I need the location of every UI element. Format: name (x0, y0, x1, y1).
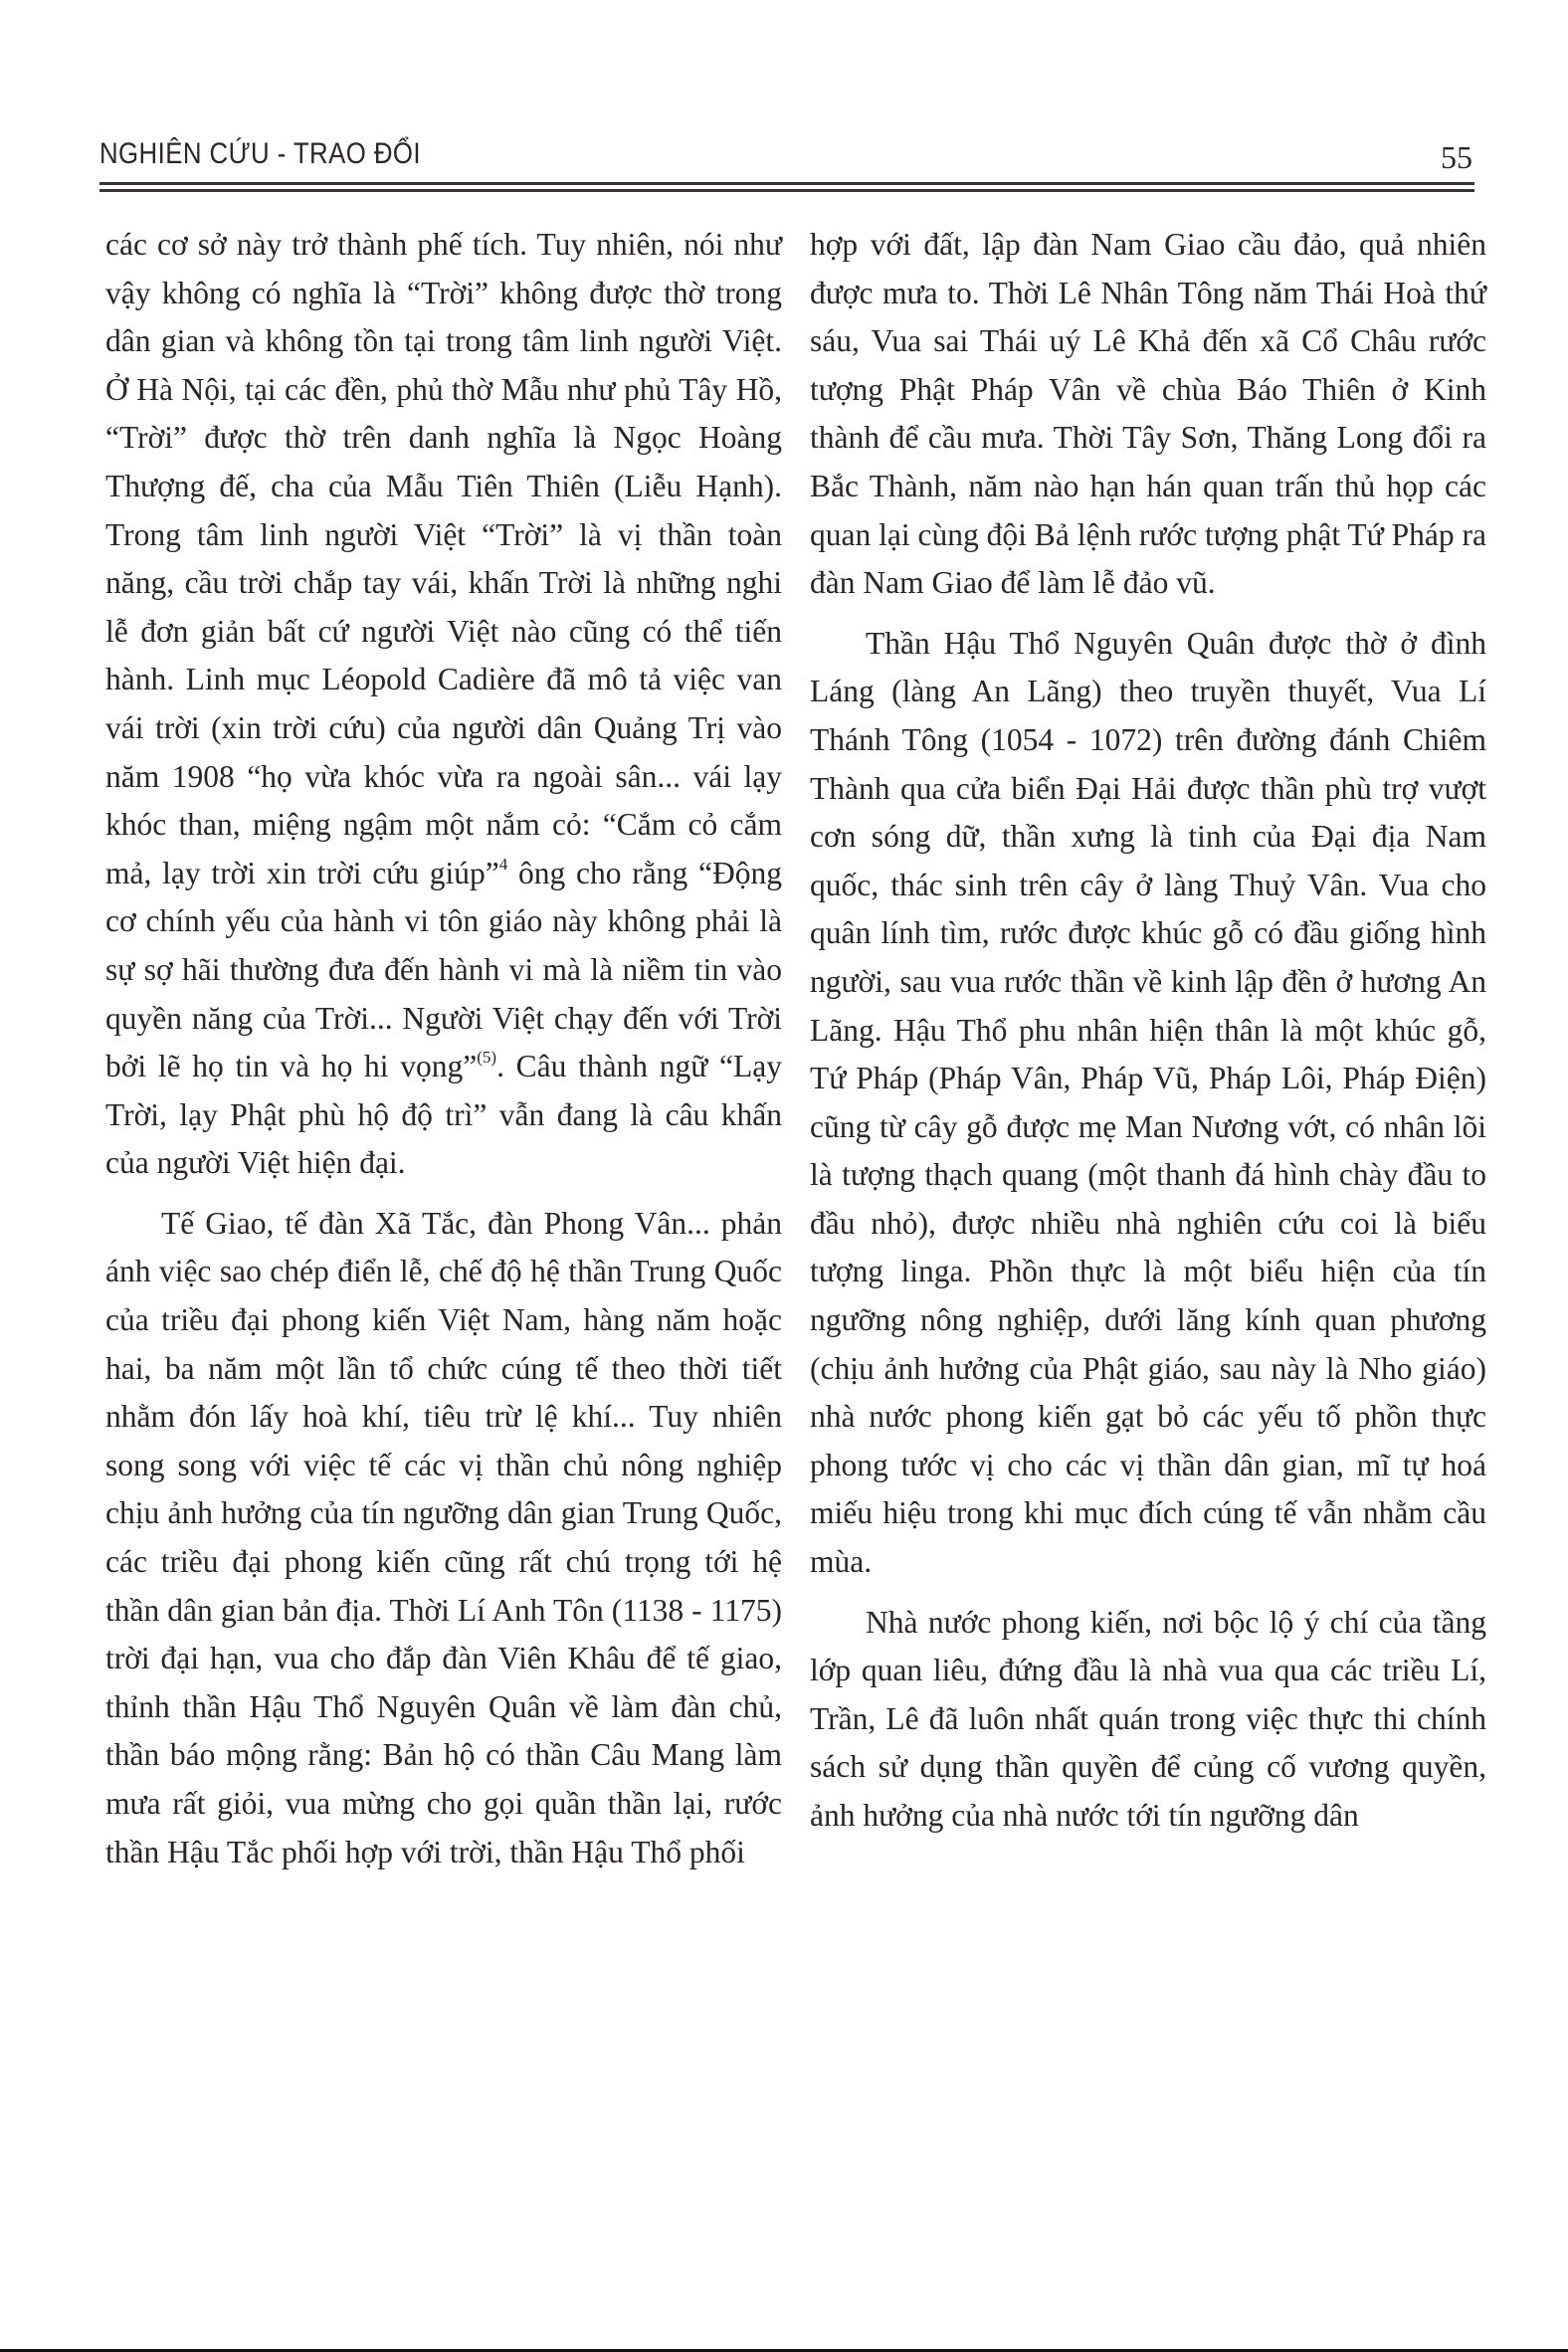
paragraph: Nhà nước phong kiến, nơi bộc lộ ý chí củ… (810, 1599, 1486, 1841)
footnote-ref: (5) (477, 1048, 496, 1067)
paragraph: các cơ sở này trở thành phế tích. Tuy nh… (105, 221, 782, 1188)
footnote-ref: 4 (499, 855, 508, 874)
paragraph: hợp với đất, lập đàn Nam Giao cầu đảo, q… (810, 221, 1486, 608)
paragraph: Tế Giao, tế đàn Xã Tắc, đàn Phong Vân...… (105, 1200, 782, 1876)
paragraph-text: các cơ sở này trở thành phế tích. Tuy nh… (105, 227, 782, 890)
header-rule-bottom (99, 189, 1474, 192)
paragraph: Thần Hậu Thổ Nguyên Quân được thờ ở đình… (810, 620, 1486, 1587)
left-column: các cơ sở này trở thành phế tích. Tuy nh… (105, 221, 782, 1888)
right-column: hợp với đất, lập đàn Nam Giao cầu đảo, q… (810, 221, 1486, 1853)
section-title: NGHIÊN CỨU - TRAO ĐỔI (99, 137, 421, 171)
page-header: NGHIÊN CỨU - TRAO ĐỔI 55 (99, 137, 1472, 177)
page-number: 55 (1441, 139, 1472, 176)
header-rule-top (99, 182, 1474, 185)
